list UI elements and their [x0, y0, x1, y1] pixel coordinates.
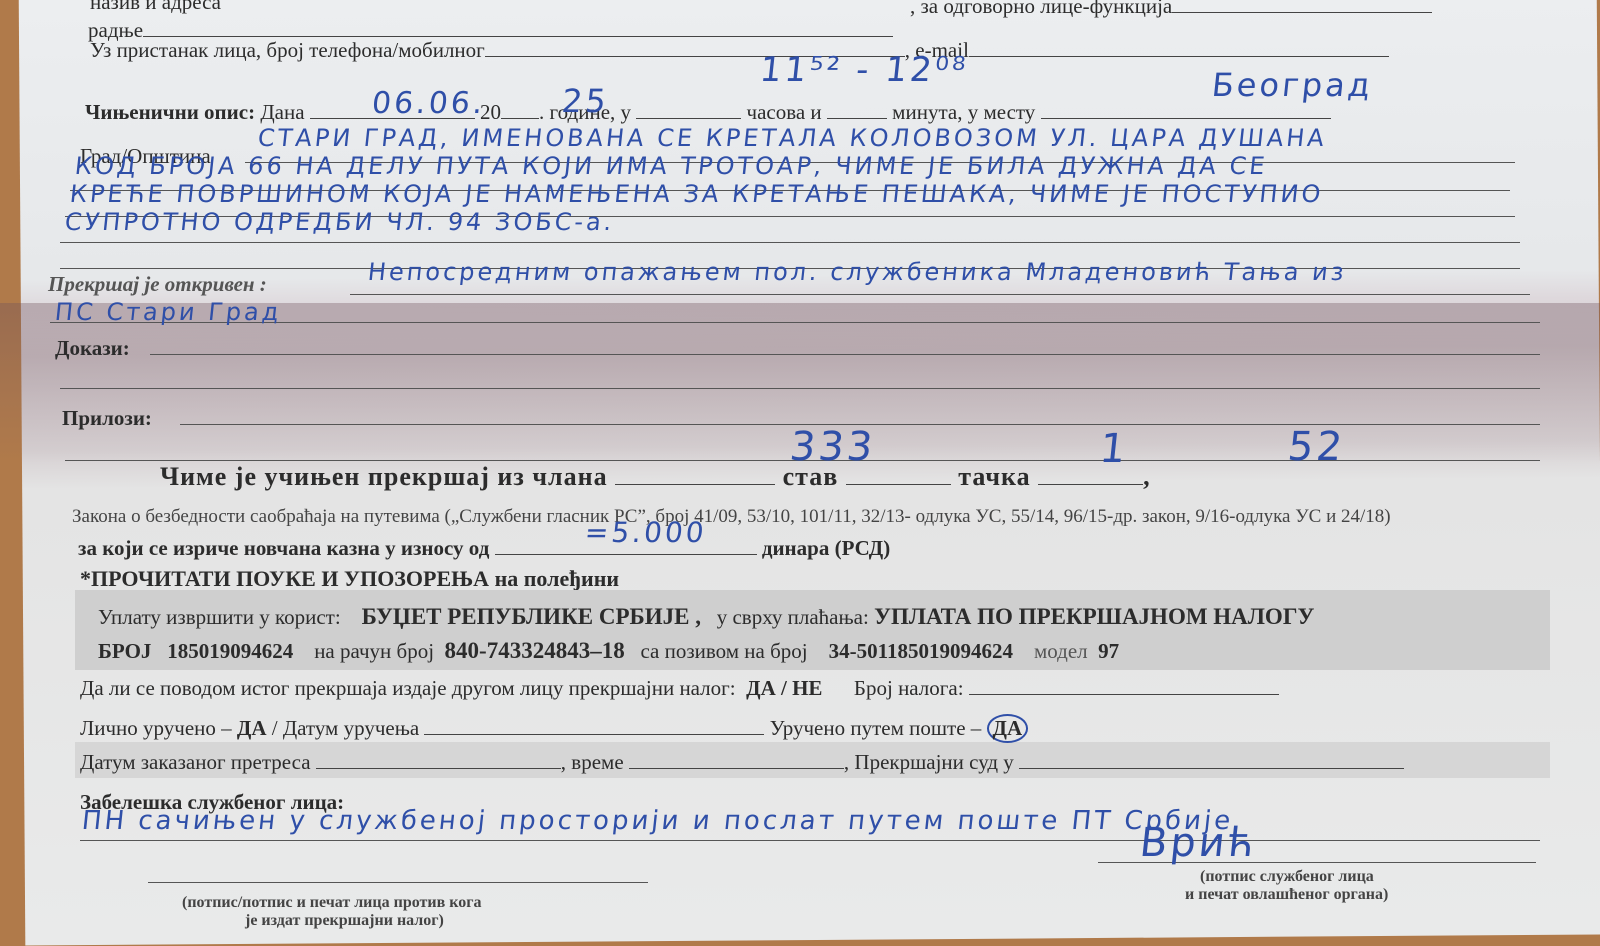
discovered-line-1: [350, 294, 1530, 295]
label-fine: за који се изриче новчана казна у износу…: [78, 536, 489, 560]
label-attachments: Прилози:: [62, 406, 152, 431]
issued-other-options[interactable]: ДА / НЕ: [746, 676, 822, 700]
label-order-no: Број налога:: [854, 676, 964, 700]
fine-value: =5.000: [583, 516, 708, 549]
model-number: 97: [1098, 639, 1119, 663]
responsible-field[interactable]: [1172, 0, 1432, 13]
purpose: УПЛАТА ПО ПРЕКРШАЈНОМ НАЛОГУ: [874, 604, 1314, 629]
label-phone: Уз пристанак лица, број телефона/мобилно…: [90, 38, 485, 62]
label-purpose: у сврху плаћања:: [717, 605, 869, 629]
label-beneficiary: Уплату извршити у корист:: [98, 605, 341, 629]
violation-row: Чиме је учињен прекршај из члана став та…: [160, 462, 1151, 492]
warning-text: *ПРОЧИТАТИ ПОУКЕ И УПОЗОРЕЊА на полеђини: [80, 566, 619, 592]
description-line: КОД БРОЈА 66 НА ДЕЛУ ПУТА КОЈИ ИМА ТРОТО…: [74, 152, 1269, 180]
payment-row-1: Уплату извршити у корист: БУЏЕТ РЕПУБЛИК…: [98, 604, 1314, 630]
note-line: [80, 840, 1540, 841]
discovered-value: Непосредним опажањем пол. службеника Мла…: [367, 258, 1349, 286]
label-responsible-text: , за одговорно лице-функција: [910, 0, 1172, 18]
radnje-field[interactable]: [143, 18, 893, 37]
issued-other-row: Да ли се поводом истог прекршаја издаје …: [80, 676, 1279, 701]
place-value: Београд: [1210, 66, 1375, 104]
signature-right-caption-2: и печат овлашћеног органа): [1185, 886, 1388, 904]
account-number: 840-743324843–18: [445, 638, 625, 663]
hearing-date-field[interactable]: [316, 750, 561, 769]
description-line: СТАРИ ГРАД, ИМЕНОВАНА СЕ КРЕТАЛА КОЛОВОЗ…: [257, 124, 1329, 152]
label-responsible-person: , за одговорно лице-функција: [910, 0, 1432, 19]
signature-left-line: [148, 882, 648, 883]
order-number: 185019094624: [167, 639, 293, 663]
desc-line-4: [60, 242, 1520, 243]
year-value: 25: [560, 82, 611, 120]
hearing-row: Датум заказаног претреса , време , Прекр…: [80, 750, 1404, 775]
label-post: Уручено путем поште –: [770, 716, 982, 740]
point-value: 52: [1286, 424, 1348, 470]
evidence-line-2: [60, 388, 1540, 389]
label-reference: са позивом на број: [640, 639, 807, 663]
factual-row: Чињенични опис: Дана 20. године, у часов…: [85, 100, 1331, 125]
law-text: Закона о безбедности саобраћаја на путев…: [72, 506, 1391, 528]
beneficiary: БУЏЕТ РЕПУБЛИКЕ СРБИЈЕ ,: [362, 604, 701, 629]
hearing-time-field[interactable]: [629, 750, 844, 769]
label-hearing-time: , време: [561, 750, 624, 774]
label-hours: часова и: [747, 100, 822, 124]
signature-left-caption: (потпис/потпис и печат лица против кога: [182, 894, 482, 912]
label-name-address: назив и адреса: [90, 0, 221, 15]
label-account: на рачун број: [314, 639, 434, 663]
label-number: БРОЈ: [98, 639, 151, 663]
signature-right-caption: (потпис службеног лица: [1200, 868, 1374, 886]
hour-value: 11⁵² - 12⁰⁸: [758, 50, 970, 90]
label-factual: Чињенични опис:: [85, 100, 255, 124]
phone-row: Уз пристанак лица, број телефона/мобилно…: [90, 38, 1389, 63]
article-field[interactable]: [615, 466, 775, 485]
label-article: Чиме је учињен прекршај из члана: [160, 462, 608, 491]
label-currency: динара (РСД): [762, 536, 890, 560]
fine-row: за који се изриче новчана казна у износу…: [78, 536, 890, 561]
label-issued-other: Да ли се поводом истог прекршаја издаје …: [80, 676, 736, 700]
label-hearing-date: Датум заказаног претреса: [80, 750, 311, 774]
email-field[interactable]: [969, 38, 1389, 57]
description-line: КРЕЋЕ ПОВРШИНОМ КОЈА ЈЕ НАМЕЊЕНА ЗА КРЕТ…: [69, 180, 1325, 208]
label-model: модел: [1034, 639, 1088, 663]
signature-left-caption-2: је издат прекршајни налог): [245, 912, 444, 930]
label-minutes: минута, у месту: [892, 100, 1035, 124]
delivery-date-field[interactable]: [424, 716, 764, 735]
minute-field[interactable]: [827, 100, 887, 119]
court-field[interactable]: [1019, 750, 1404, 769]
paragraph-value: 1: [1098, 426, 1131, 472]
year-field[interactable]: [501, 100, 539, 119]
discovered-value: ПС Стари Град: [54, 298, 283, 326]
point-field[interactable]: [1038, 466, 1143, 485]
label-discovered: Прекршај је откривен :: [48, 272, 267, 297]
label-delivery-date: / Датум уручења: [267, 716, 420, 740]
hour-field[interactable]: [636, 100, 741, 119]
post-yes-circled[interactable]: ДА: [987, 714, 1029, 743]
personal-yes[interactable]: ДА: [237, 716, 267, 740]
officer-signature: Врић: [1138, 820, 1260, 866]
label-court: , Прекршајни суд у: [844, 750, 1014, 774]
date-value: 06.06.: [370, 86, 487, 121]
label-evidence: Докази:: [55, 336, 130, 361]
reference-number: 34-501185019094624: [829, 639, 1013, 663]
evidence-field: [150, 354, 1540, 355]
label-point: тачка: [958, 462, 1030, 491]
description-line: СУПРОТНО ОДРЕДБИ ЧЛ. 94 ЗОБС-а.: [64, 208, 616, 236]
note-value: ПН сачињен у службеној просторији и посл…: [80, 806, 1234, 836]
order-no-field[interactable]: [969, 676, 1279, 695]
payment-row-2: БРОЈ 185019094624 на рачун број 840-7433…: [98, 638, 1119, 664]
article-value: 333: [788, 424, 878, 470]
label-day: Дана: [260, 100, 304, 124]
label-personal: Лично уручено –: [80, 716, 237, 740]
delivery-row: Лично уручено – ДА / Датум уручења Уруче…: [80, 714, 1028, 743]
